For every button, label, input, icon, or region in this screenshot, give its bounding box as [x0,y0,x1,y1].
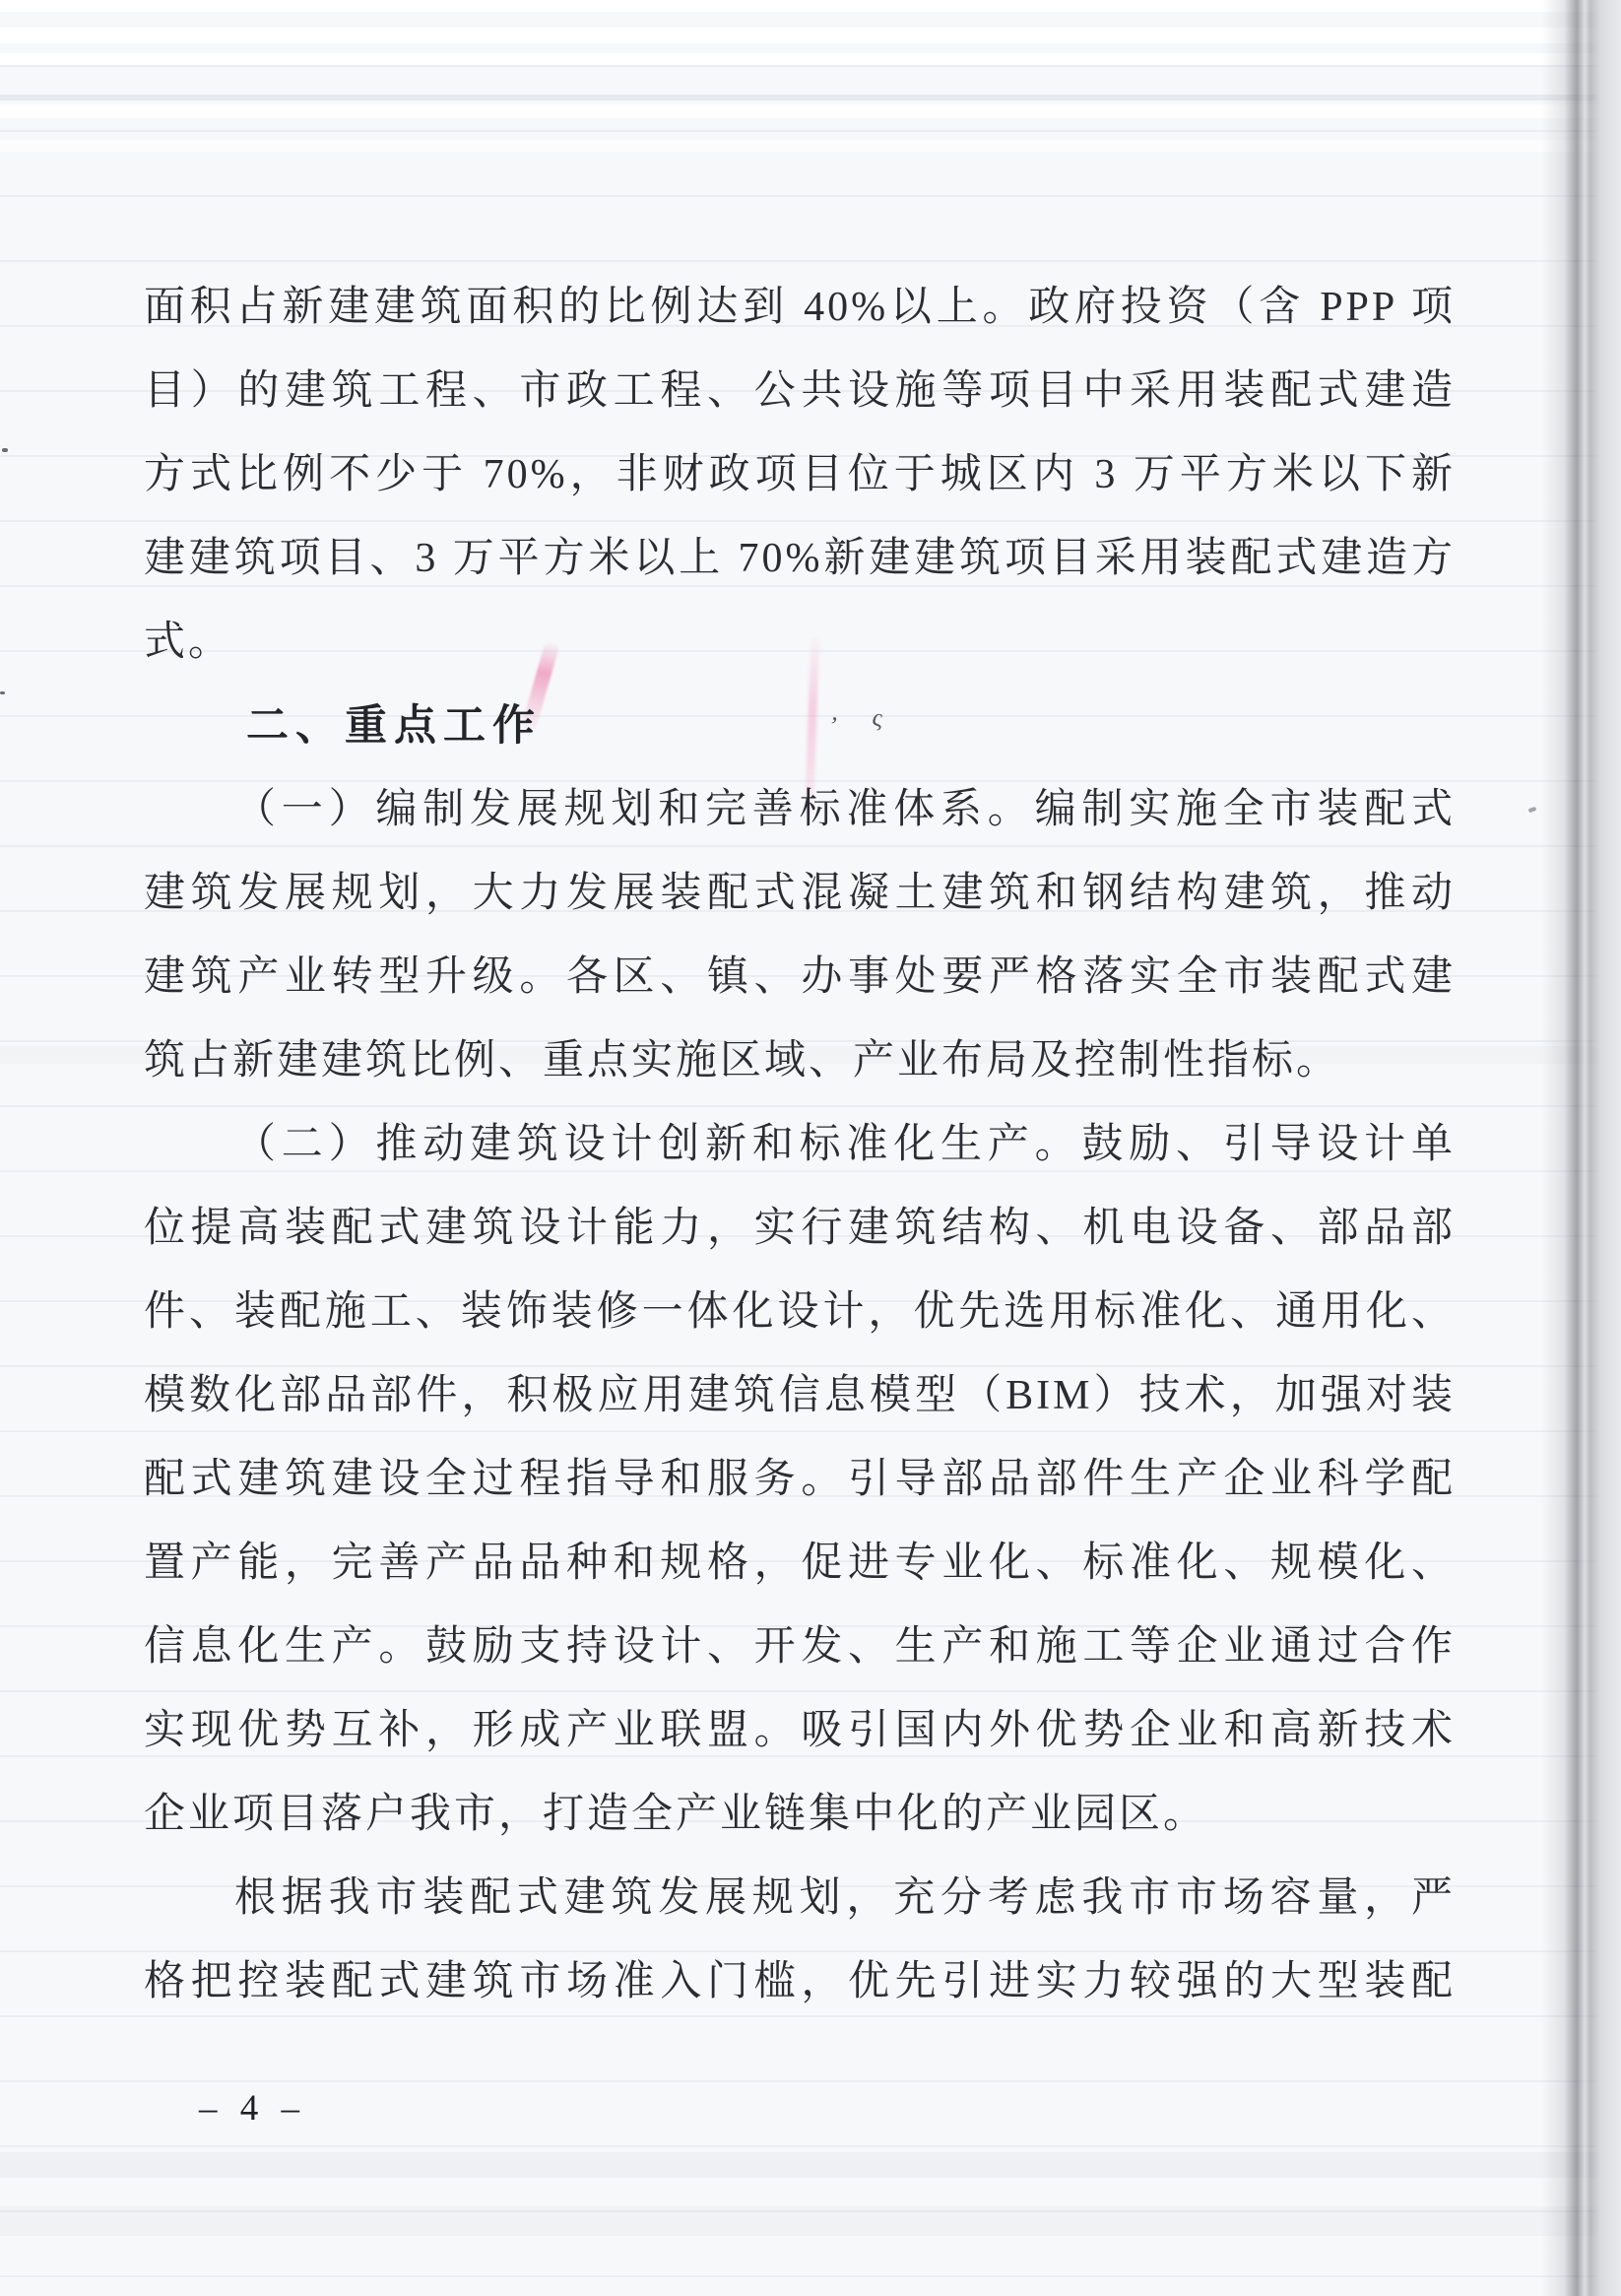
scan-gray-band [0,2152,1621,2178]
ink-speck [0,691,5,694]
text-line: 建筑发展规划，大力发展装配式混凝土建筑和钢结构建筑，推动 [144,852,1456,936]
text-line: 方式比例不少于 70%，非财政项目位于城区内 3 万平方米以下新 [144,433,1456,517]
text-line: 企业项目落户我市，打造全产业链集中化的产业园区。 [144,1773,1456,1857]
text-line: 根据我市装配式建筑发展规划，充分考虑我市市场容量，严 [144,1857,1456,1940]
scan-white-stripe [0,104,1621,118]
scan-gray-band [0,95,1621,100]
text-line: 建建筑项目、3 万平方米以上 70%新建建筑项目采用装配式建造方 [144,517,1456,601]
text-line: 件、装配施工、装饰装修一体化设计，优先选用标准化、通用化、 [144,1271,1456,1354]
text-line: 实现优势互补，形成产业联盟。吸引国内外优势企业和高新技术 [144,1689,1456,1773]
scanned-document-page: , ς 面积占新建建筑面积的比例达到 40%以上。政府投资（含 PPP 项 目）… [0,0,1621,2296]
ink-speck [1528,807,1537,813]
document-body: 面积占新建建筑面积的比例达到 40%以上。政府投资（含 PPP 项 目）的建筑工… [144,266,1456,2024]
text-line: 式。 [144,601,1456,685]
text-line: 筑占新建建筑比例、重点实施区域、产业布局及控制性指标。 [144,1019,1456,1103]
text-line: （二）推动建筑设计创新和标准化生产。鼓励、引导设计单 [144,1103,1456,1187]
scan-white-stripe [0,53,1621,65]
ink-speck [2,448,8,452]
page-number: – 4 – [199,2066,306,2150]
text-line: 信息化生产。鼓励支持设计、开发、生产和施工等企业通过合作 [144,1606,1456,1689]
text-line: 格把控装配式建筑市场准入门槛，优先引进实力较强的大型装配 [144,1940,1456,2024]
text-line: 建筑产业转型升级。各区、镇、办事处要严格落实全市装配式建 [144,936,1456,1019]
scan-white-stripe [0,28,1621,43]
text-line: （一）编制发展规划和完善标准体系。编制实施全市装配式 [144,768,1456,852]
scan-white-stripe [0,140,1621,152]
text-line: 置产能，完善产品品种和规格，促进专业化、标准化、规模化、 [144,1522,1456,1606]
page-edge-shadow [1542,0,1621,2296]
text-line: 模数化部品部件，积极应用建筑信息模型（BIM）技术，加强对装 [144,1354,1456,1438]
text-line: 面积占新建建筑面积的比例达到 40%以上。政府投资（含 PPP 项 [144,266,1456,350]
text-line: 位提高装配式建筑设计能力，实行建筑结构、机电设备、部品部 [144,1187,1456,1271]
text-line: 配式建筑建设全过程指导和服务。引导部品部件生产企业科学配 [144,1438,1456,1522]
scan-gray-band [0,2206,1621,2236]
scan-white-stripe [0,0,1621,12]
text-line: 目）的建筑工程、市政工程、公共设施等项目中采用装配式建造 [144,350,1456,433]
section-heading: 二、重点工作 [144,685,1456,768]
